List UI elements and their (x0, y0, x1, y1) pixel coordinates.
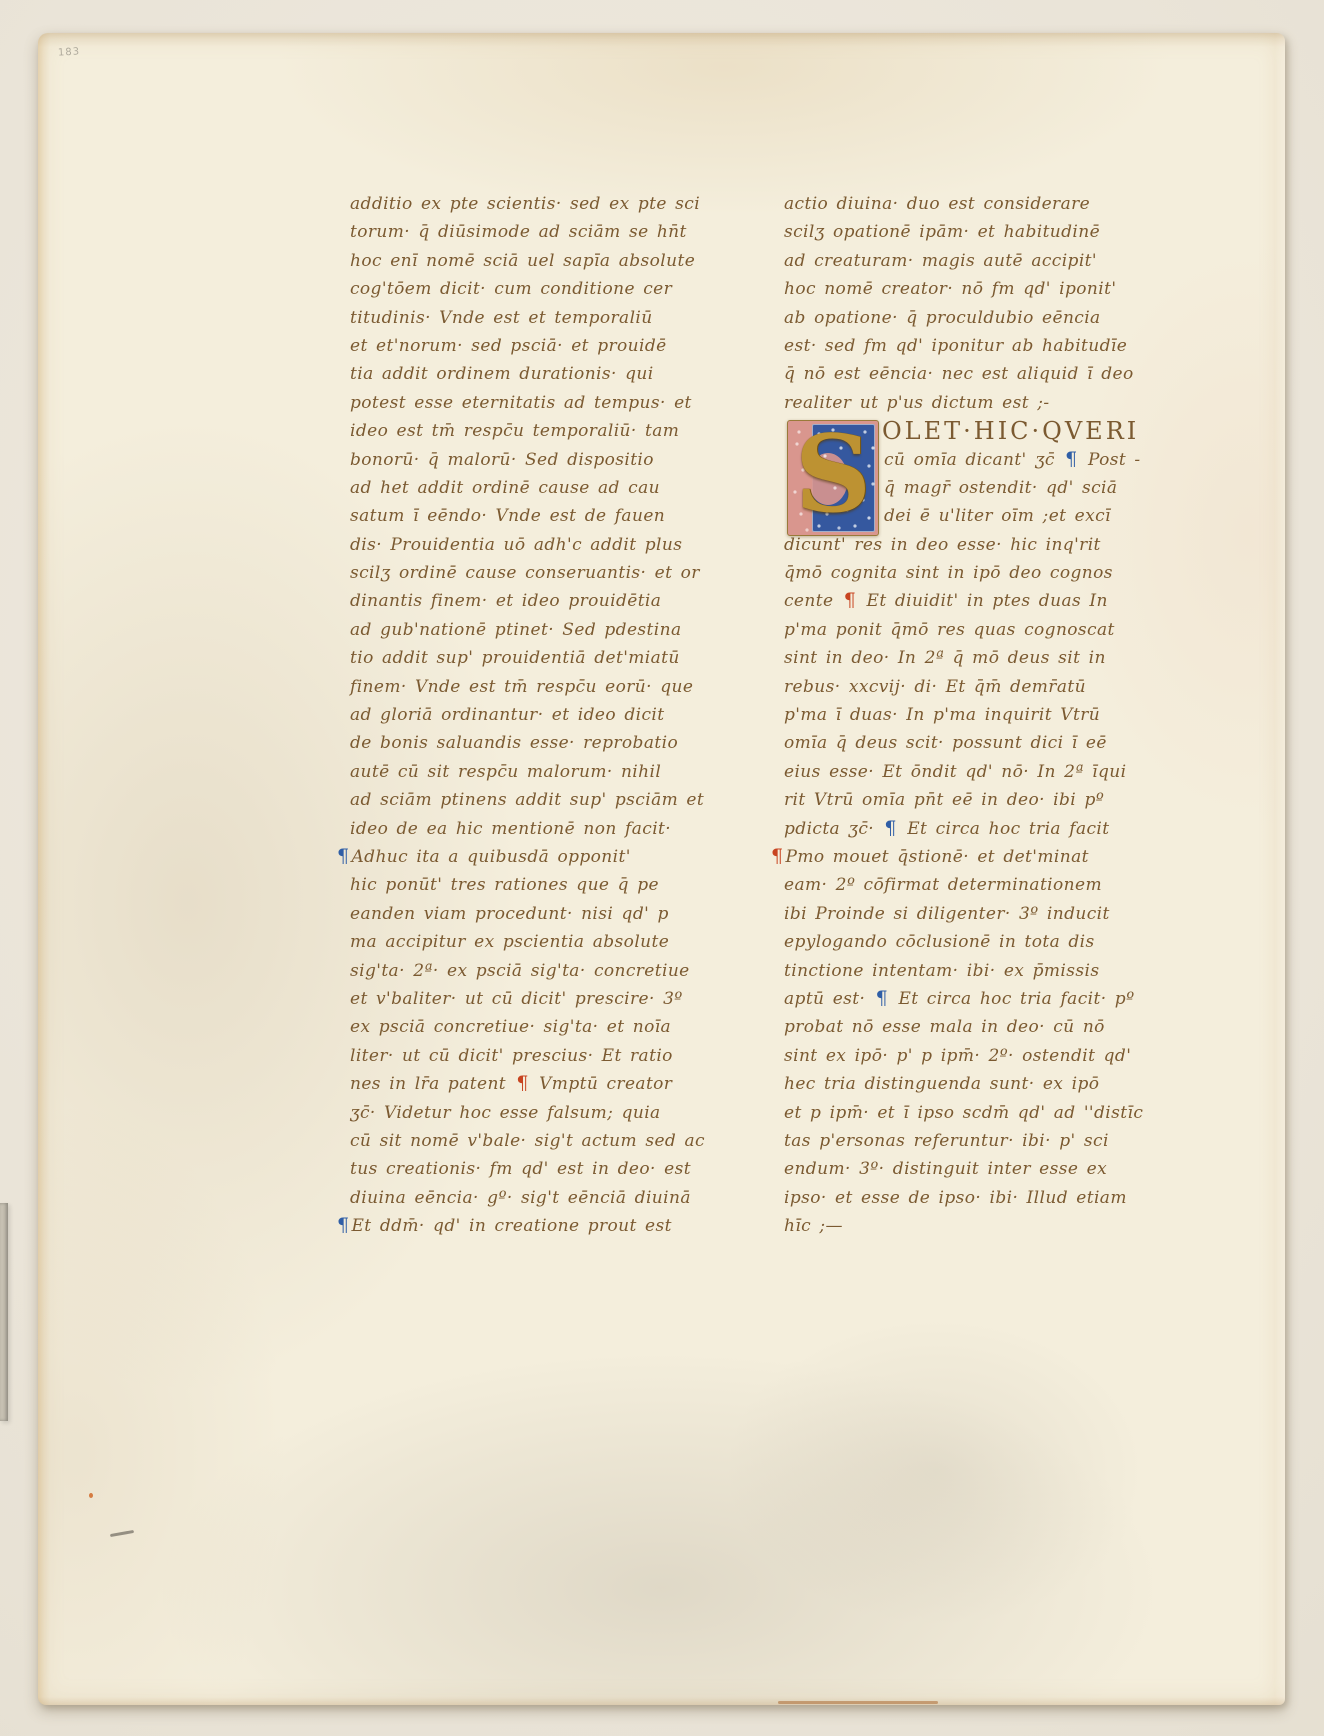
adjacent-leaf-edge (0, 1203, 8, 1421)
manuscript-line: ad gub'nationē ptinet· Sed pdestina (350, 616, 710, 644)
text-segment: ad gub'nationē ptinet· Sed pdestina (350, 620, 682, 640)
manuscript-line: ¶Pmo mouet q̄stionē· et det'minat (784, 843, 1144, 871)
manuscript-line: ibi Proinde si diligenter· 3º inducit (784, 900, 1144, 928)
manuscript-line: p'ma ponit q̄mō res quas cognoscat (784, 616, 1144, 644)
manuscript-line: et p ipm̄· et ī ipso scdm̄ qd' ad ''dist… (784, 1099, 1144, 1127)
text-segment: bonorū· q̄ malorū· Sed dispositio (350, 450, 654, 470)
manuscript-line: epylogando cōclusionē in tota dis (784, 928, 1144, 956)
manuscript-line: cente ¶ Et diuidit' in ptes duas In (784, 587, 1144, 615)
manuscript-line: ideo est tm̄ respc̄u temporaliū· tam (350, 417, 710, 445)
text-segment: ab opatione· q̄ proculdubio eēncia (784, 308, 1101, 328)
paragraph-mark-red: ¶ (514, 1072, 531, 1094)
manuscript-line: ʒc̄· Videtur hoc esse falsum; quia (350, 1099, 710, 1127)
manuscript-line: q̄ nō est eēncia· nec est aliquid ī deo (784, 360, 1144, 388)
text-segment: dinantis finem· et ideo prouidētia (350, 591, 661, 611)
manuscript-line: rebus· xxcvij· di· Et q̄m̄ demr̄atū (784, 673, 1144, 701)
manuscript-line: scilʒ opationē ipām· et habitudinē (784, 218, 1144, 246)
paragraph-mark-red: ¶ (842, 589, 859, 611)
text-segment: p'ma ponit q̄mō res quas cognoscat (784, 620, 1115, 640)
manuscript-line: et et'norum· sed psciā· et prouidē (350, 332, 710, 360)
text-segment: ideo de ea hic mentionē non facit· (350, 819, 671, 839)
text-segment: scilʒ ordinē cause conseruantis· et or (350, 563, 700, 583)
manuscript-line: diuina eēncia· gº· sig't eēnciā diuinā (350, 1184, 710, 1212)
manuscript-line: eam· 2º cōfirmat determinationem (784, 871, 1144, 899)
manuscript-line: sig'ta· 2ª· ex psciā sig'ta· concretiue (350, 957, 710, 985)
manuscript-line: ideo de ea hic mentionē non facit· (350, 815, 710, 843)
manuscript-line: sint ex ipō· p' p ipm̄· 2º· ostendit qd' (784, 1042, 1144, 1070)
text-segment: additio ex pte scientis· sed ex pte sci (350, 194, 700, 214)
text-segment: tus creationis· fm qd' est in deo· est (350, 1159, 691, 1179)
text-segment: probat nō esse mala in deo· cū nō (784, 1017, 1105, 1037)
text-segment: aptū est· (784, 989, 874, 1009)
text-segment: sint in deo· In 2ª q̄ mō deus sit in (784, 648, 1106, 668)
text-segment: ipso· et esse de ipso· ibi· Illud etiam (784, 1188, 1127, 1208)
text-segment: pdicta ʒc̄· (784, 819, 882, 839)
manuscript-line: ab opatione· q̄ proculdubio eēncia (784, 304, 1144, 332)
manuscript-line: tinctione intentam· ibi· ex p̄missis (784, 957, 1144, 985)
text-segment: hec tria distinguenda sunt· ex ipō (784, 1074, 1099, 1094)
text-segment: satum ī eēndo· Vnde est de fauen (350, 506, 665, 526)
manuscript-line: tus creationis· fm qd' est in deo· est (350, 1155, 710, 1183)
text-segment: dei ē u'liter oīm ;et excī (884, 506, 1111, 526)
text-segment: cū omīa dicant' ʒc̄ (884, 450, 1063, 470)
text-segment: rit Vtrū omīa pn̄t eē in deo· ibi pº (784, 790, 1104, 810)
manuscript-line: endum· 3º· distinguit inter esse ex (784, 1155, 1144, 1183)
text-segment: Et circa hoc tria facit (899, 819, 1110, 839)
pencil-inscription: 183 (58, 46, 81, 58)
text-segment: tio addit sup' prouidentiā det'miatū (350, 648, 680, 668)
manuscript-line: ad sciām ptinens addit sup' psciām et (350, 786, 710, 814)
manuscript-line: torum· q̄ diūsimode ad sciām se hn̄t (350, 218, 710, 246)
text-segment: hīc ;— (784, 1216, 843, 1236)
text-segment: epylogando cōclusionē in tota dis (784, 932, 1095, 952)
text-segment: Vmptū creator (531, 1074, 673, 1094)
manuscript-line: hoc nomē creator· nō fm qd' iponit' (784, 275, 1144, 303)
manuscript-line: ma accipitur ex pscientia absolute (350, 928, 710, 956)
manuscript-line: additio ex pte scientis· sed ex pte sci (350, 190, 710, 218)
text-segment: nes in lr̄a patent (350, 1074, 514, 1094)
text-segment: ibi Proinde si diligenter· 3º inducit (784, 904, 1110, 924)
text-segment: actio diuina· duo est considerare (784, 194, 1090, 214)
manuscript-line: tas p'ersonas referuntur· ibi· p' sci (784, 1127, 1144, 1155)
manuscript-line: satum ī eēndo· Vnde est de fauen (350, 502, 710, 530)
manuscript-line: rit Vtrū omīa pn̄t eē in deo· ibi pº (784, 786, 1144, 814)
text-segment: OLET·HIC·QVERI (882, 417, 1139, 445)
text-segment: ad gloriā ordinantur· et ideo dicit (350, 705, 664, 725)
text-segment: omīa q̄ deus scit· possunt dici ī eē (784, 733, 1107, 753)
text-segment: et et'norum· sed psciā· et prouidē (350, 336, 667, 356)
manuscript-line: ad het addit ordinē cause ad cau (350, 474, 710, 502)
text-segment: liter· ut cū dicit' prescius· Et ratio (350, 1046, 673, 1066)
text-segment: endum· 3º· distinguit inter esse ex (784, 1159, 1107, 1179)
manuscript-line: et v'baliter· ut cū dicit' prescire· 3º (350, 985, 710, 1013)
text-segment: scilʒ opationē ipām· et habitudinē (784, 222, 1100, 242)
text-segment: dicunt' res in deo esse· hic inq'rit (784, 535, 1101, 555)
manuscript-line: sint in deo· In 2ª q̄ mō deus sit in (784, 644, 1144, 672)
text-segment: ad sciām ptinens addit sup' psciām et (350, 790, 704, 810)
manuscript-line: ipso· et esse de ipso· ibi· Illud etiam (784, 1184, 1144, 1212)
text-column-right: actio diuina· duo est considerarescilʒ o… (784, 190, 1144, 1240)
manuscript-line: q̄mō cognita sint in ipō deo cognos (784, 559, 1144, 587)
text-segment: Et diuidit' in ptes duas In (858, 591, 1108, 611)
manuscript-line: cog'tōem dicit· cum conditione cer (350, 275, 710, 303)
manuscript-line: tio addit sup' prouidentiā det'miatū (350, 644, 710, 672)
text-segment: rebus· xxcvij· di· Et q̄m̄ demr̄atū (784, 677, 1086, 697)
paragraph-mark-red: ¶ (769, 845, 786, 867)
text-segment: tia addit ordinem durationis· qui (350, 364, 654, 384)
manuscript-line: titudinis· Vnde est et temporaliū (350, 304, 710, 332)
manuscript-line: aptū est· ¶ Et circa hoc tria facit· pº (784, 985, 1144, 1013)
text-segment: realiter ut p'us dictum est ;- (784, 393, 1050, 413)
manuscript-line: ¶Et ddm̄· qd' in creatione prout est (350, 1212, 710, 1240)
text-segment: de bonis saluandis esse· reprobatio (350, 733, 678, 753)
text-segment: est· sed fm qd' iponitur ab habitudīe (784, 336, 1127, 356)
text-segment: ad creaturam· magis autē accipit' (784, 251, 1097, 271)
text-segment: ʒc̄· Videtur hoc esse falsum; quia (350, 1103, 661, 1123)
manuscript-line: nes in lr̄a patent ¶ Vmptū creator (350, 1070, 710, 1098)
manuscript-line: eanden viam procedunt· nisi qd' p (350, 900, 710, 928)
manuscript-line: cū sit nomē v'bale· sig't actum sed ac (350, 1127, 710, 1155)
manuscript-line: p'ma ī duas· In p'ma inquirit Vtrū (784, 701, 1144, 729)
paragraph-mark-blue: ¶ (335, 845, 352, 867)
text-segment: diuina eēncia· gº· sig't eēnciā diuinā (350, 1188, 691, 1208)
manuscript-line: hoc enī nomē sciā uel sapīa absolute (350, 247, 710, 275)
text-segment: sig'ta· 2ª· ex psciā sig'ta· concretiue (350, 961, 690, 981)
text-segment: ideo est tm̄ respc̄u temporaliū· tam (350, 421, 679, 441)
manuscript-line: ex psciā concretiue· sig'ta· et noīa (350, 1013, 710, 1041)
text-segment: Et ddm̄· qd' in creatione prout est (352, 1216, 672, 1236)
text-segment: cog'tōem dicit· cum conditione cer (350, 279, 672, 299)
text-segment: et v'baliter· ut cū dicit' prescire· 3º (350, 989, 683, 1009)
manuscript-line: scilʒ ordinē cause conseruantis· et or (350, 559, 710, 587)
manuscript-line: ad gloriā ordinantur· et ideo dicit (350, 701, 710, 729)
manuscript-line: est· sed fm qd' iponitur ab habitudīe (784, 332, 1144, 360)
initial-letter-s: S (788, 415, 878, 529)
manuscript-line: actio diuina· duo est considerare (784, 190, 1144, 218)
text-segment: titudinis· Vnde est et temporaliū (350, 308, 653, 328)
manuscript-line: omīa q̄ deus scit· possunt dici ī eē (784, 729, 1144, 757)
manuscript-line: ad creaturam· magis autē accipit' (784, 247, 1144, 275)
manuscript-line: pdicta ʒc̄· ¶ Et circa hoc tria facit (784, 815, 1144, 843)
illuminated-initial: S (787, 420, 879, 536)
text-segment: cū sit nomē v'bale· sig't actum sed ac (350, 1131, 705, 1151)
text-segment: p'ma ī duas· In p'ma inquirit Vtrū (784, 705, 1100, 725)
text-segment: hoc enī nomē sciā uel sapīa absolute (350, 251, 695, 271)
text-segment: et p ipm̄· et ī ipso scdm̄ qd' ad ''dist… (784, 1103, 1143, 1123)
manuscript-line: hīc ;— (784, 1212, 1144, 1240)
bottom-edge-stain (778, 1701, 938, 1704)
text-segment: Post - (1080, 450, 1141, 470)
text-segment: q̄ magr̄ ostendit· qd' sciā (884, 478, 1117, 498)
manuscript-line: dinantis finem· et ideo prouidētia (350, 587, 710, 615)
manuscript-leaf: 183 additio ex pte scientis· sed ex pte … (38, 33, 1285, 1705)
paragraph-mark-blue: ¶ (335, 1214, 352, 1236)
paragraph-mark-blue: ¶ (882, 817, 899, 839)
text-segment: eanden viam procedunt· nisi qd' p (350, 904, 669, 924)
manuscript-line: dis· Prouidentia uō adh'c addit plus (350, 531, 710, 559)
text-segment: q̄ nō est eēncia· nec est aliquid ī deo (784, 364, 1134, 384)
text-segment: eam· 2º cōfirmat determinationem (784, 875, 1102, 895)
paragraph-mark-blue: ¶ (1063, 448, 1080, 470)
text-segment: tinctione intentam· ibi· ex p̄missis (784, 961, 1099, 981)
manuscript-line: finem· Vnde est tm̄ respc̄u eorū· que (350, 673, 710, 701)
text-segment: ma accipitur ex pscientia absolute (350, 932, 669, 952)
text-segment: tas p'ersonas referuntur· ibi· p' sci (784, 1131, 1109, 1151)
photo-background: 183 additio ex pte scientis· sed ex pte … (0, 0, 1324, 1736)
manuscript-line: hec tria distinguenda sunt· ex ipō (784, 1070, 1144, 1098)
text-column-left: additio ex pte scientis· sed ex pte scit… (350, 190, 710, 1240)
text-segment: torum· q̄ diūsimode ad sciām se hn̄t (350, 222, 687, 242)
text-segment: ad het addit ordinē cause ad cau (350, 478, 660, 498)
text-segment: dis· Prouidentia uō adh'c addit plus (350, 535, 682, 555)
manuscript-line: bonorū· q̄ malorū· Sed dispositio (350, 446, 710, 474)
text-segment: ex psciā concretiue· sig'ta· et noīa (350, 1017, 671, 1037)
text-segment: finem· Vnde est tm̄ respc̄u eorū· que (350, 677, 693, 697)
text-segment: hoc nomē creator· nō fm qd' iponit' (784, 279, 1116, 299)
text-segment: eius esse· Et ōndit qd' nō· In 2ª īqui (784, 762, 1126, 782)
text-segment: Pmo mouet q̄stionē· et det'minat (786, 847, 1089, 867)
text-segment: sint ex ipō· p' p ipm̄· 2º· ostendit qd' (784, 1046, 1131, 1066)
manuscript-line: eius esse· Et ōndit qd' nō· In 2ª īqui (784, 758, 1144, 786)
text-segment: cente (784, 591, 842, 611)
text-segment: hic ponūt' tres rationes que q̄ pe (350, 875, 659, 895)
manuscript-line: hic ponūt' tres rationes que q̄ pe (350, 871, 710, 899)
manuscript-line: de bonis saluandis esse· reprobatio (350, 729, 710, 757)
text-segment: Adhuc ita a quibusdā opponit' (352, 847, 631, 867)
text-segment: Et circa hoc tria facit· pº (890, 989, 1134, 1009)
paragraph-mark-blue: ¶ (874, 987, 891, 1009)
pigment-speck (89, 1493, 93, 1498)
text-segment: q̄mō cognita sint in ipō deo cognos (784, 563, 1113, 583)
manuscript-line: probat nō esse mala in deo· cū nō (784, 1013, 1144, 1041)
pencil-smudge (110, 1530, 134, 1537)
manuscript-line: potest esse eternitatis ad tempus· et (350, 389, 710, 417)
text-segment: potest esse eternitatis ad tempus· et (350, 393, 692, 413)
manuscript-line: tia addit ordinem durationis· qui (350, 360, 710, 388)
manuscript-line: liter· ut cū dicit' prescius· Et ratio (350, 1042, 710, 1070)
manuscript-line: ¶Adhuc ita a quibusdā opponit' (350, 843, 710, 871)
manuscript-line: autē cū sit respc̄u malorum· nihil (350, 758, 710, 786)
text-segment: autē cū sit respc̄u malorum· nihil (350, 762, 661, 782)
